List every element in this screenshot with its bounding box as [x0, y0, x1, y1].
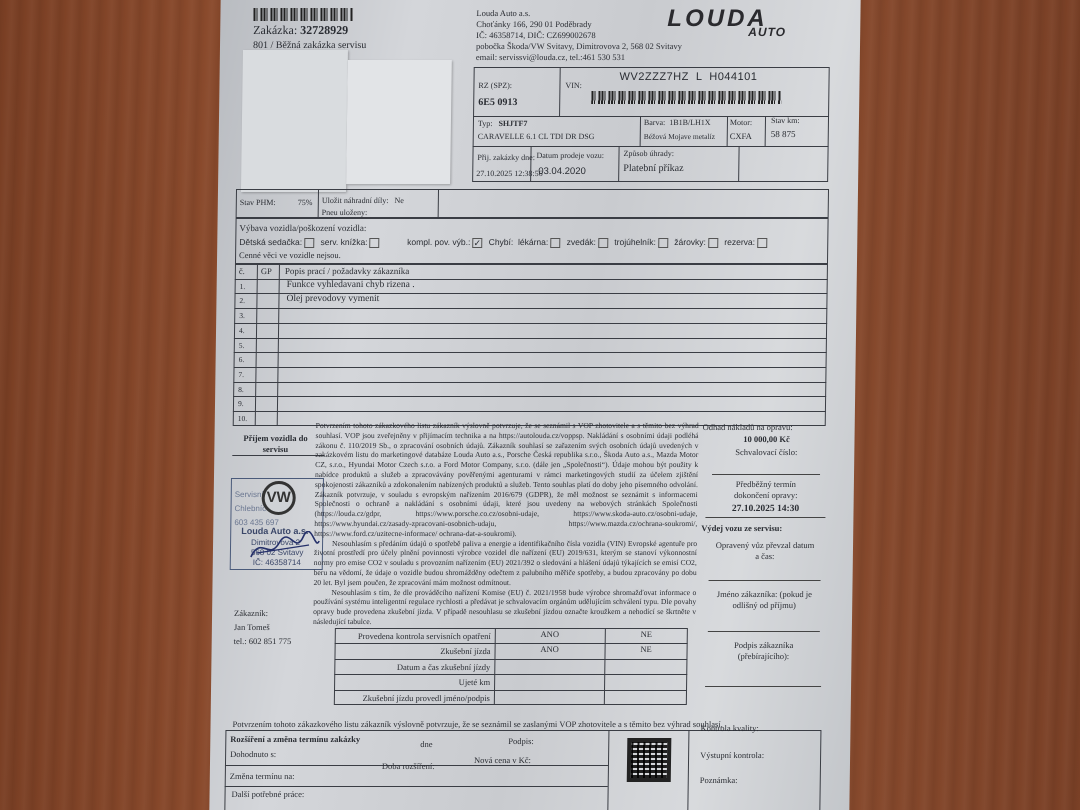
test-drive-no[interactable]: NE: [605, 644, 688, 655]
col-gp-header: GP: [261, 266, 272, 277]
test-drive-row-label: Zkušební jízda: [334, 646, 490, 657]
color-label: Barva: 1B1B/LH1X: [644, 117, 711, 128]
covering-sticker-right: [346, 60, 452, 184]
valuables-note: Cenné věci ve vozidle nejsou.: [239, 250, 341, 261]
child-seat-checkbox[interactable]: [304, 238, 314, 248]
work-row-number: 9.: [238, 398, 244, 409]
confirm-text: Potvrzením tohoto zákazkového listu záka…: [232, 719, 722, 730]
motor-value: CXFA: [730, 131, 752, 142]
order-label: Zakázka:: [253, 23, 297, 37]
estimate-label: Odhad nákladů na opravu:: [703, 422, 831, 433]
service-order-document: Zakázka: 32728929 801 / Běžná zakázka se…: [209, 0, 860, 810]
parts-label: Uložit náhradní díly: Ne: [322, 195, 404, 206]
qr-code-icon: [627, 738, 672, 782]
intake-title: Příjem vozidla do servisu: [240, 433, 310, 455]
received-label: Přij. zakázky dne:: [477, 152, 535, 163]
customer-name: Jan Tomeš: [234, 622, 270, 633]
test-drive-row-label: Provedena kontrola servisních opatření: [335, 631, 491, 642]
customer-label: Zákazník:: [234, 608, 268, 619]
order-number-line: Zakázka: 32728929: [253, 23, 348, 37]
approval-label: Schvalovací číslo:: [702, 447, 830, 458]
spare-wheel-checkbox[interactable]: [757, 238, 767, 248]
estimate-value: 10 000,00 Kč: [702, 434, 830, 445]
color-name: Béžová Mojave metalíz: [644, 131, 726, 142]
completion-value: 27.10.2025 14:30: [701, 504, 829, 515]
vin-label: VIN:: [565, 80, 582, 91]
color-code: 1B1B/LH1X: [669, 118, 710, 127]
work-row-description: Funkce vyhledavani chyb rizena .: [287, 280, 415, 291]
extension-time-label: Doba rozšíření:: [382, 761, 435, 772]
work-row-number: 5.: [239, 340, 245, 351]
company-address: Choťánky 166, 290 01 Poděbrady: [476, 19, 682, 30]
company-info: Louda Auto a.s. Choťánky 166, 290 01 Pod…: [476, 8, 683, 63]
legal-terms: Potvrzením tohoto zákazkového listu záka…: [313, 421, 699, 627]
other-work-label: Další potřebné práce:: [231, 789, 304, 800]
work-row-number: 10.: [238, 413, 248, 424]
note-label: Poznámka:: [700, 775, 738, 786]
fuel-label: Stav PHM:: [240, 197, 276, 208]
work-row-number: 3.: [239, 310, 245, 321]
payment-label: Způsob úhrady:: [623, 148, 674, 159]
legal-speed-paragraph: Nesouhlasím s tím, že dle prováděcího na…: [313, 588, 697, 627]
col-number-header: č.: [239, 266, 245, 277]
signature-scribble: [249, 531, 321, 561]
km-label: Stav km:: [771, 115, 800, 126]
received-by-label: Opravený vůz převzal datum a čas:: [701, 534, 829, 562]
work-row-number: 7.: [238, 369, 244, 380]
legal-co2-paragraph: Nesouhlasím s předáním údajů o spotřebě …: [313, 539, 697, 588]
rz-label: RZ (SPZ):: [478, 80, 512, 91]
work-row-number: 8.: [238, 384, 244, 395]
test-drive-no[interactable]: NE: [605, 629, 688, 640]
date-change-label: Změna termínu na:: [230, 771, 295, 782]
work-row-number: 6.: [239, 354, 245, 365]
motor-label: Motor:: [730, 117, 752, 128]
test-drive-row-label: Ujeté km: [334, 677, 490, 688]
vin-barcode: [591, 91, 781, 104]
test-drive-yes[interactable]: ANO: [495, 629, 605, 640]
service-stamp: Servisní technik Chlebníček 603 435 697 …: [230, 478, 324, 570]
sale-date-value: 03.04.2020: [538, 166, 586, 177]
type-label: Typ: SHJTF7: [478, 118, 528, 129]
fuel-value: 75%: [298, 197, 313, 208]
signature-label: Podpis zákazníka (přebírajícího):: [699, 640, 827, 662]
company-contact: email: servissvi@louda.cz, tel.:461 530 …: [476, 52, 682, 63]
sale-date-label: Datum prodeje vozu:: [536, 150, 604, 161]
company-name: Louda Auto a.s.: [476, 8, 682, 19]
quality-check-label: Kontrola kvality:: [700, 723, 758, 734]
service-book-checkbox[interactable]: [369, 238, 379, 248]
km-value: 58 875: [771, 129, 796, 140]
triangle-checkbox[interactable]: [658, 238, 668, 248]
vw-logo-icon: VW: [261, 481, 295, 515]
test-drive-yes[interactable]: ANO: [495, 644, 605, 655]
legal-gdpr-paragraph: Potvrzením tohoto zákazkového listu záka…: [314, 421, 699, 539]
completion-label: Předběžný termín dokončení opravy:: [702, 479, 830, 501]
test-drive-row-label: Zkušební jízdu provedl jméno/podpis: [334, 693, 490, 704]
test-drive-row-label: Datum a čas zkušební jízdy: [334, 662, 490, 673]
release-title: Výdej vozu ze servisu:: [701, 523, 829, 534]
customer-phone: tel.: 602 851 775: [234, 636, 292, 647]
customer-name-label: Jméno zákazníka: (pokud je odlišný od př…: [700, 589, 828, 611]
bulbs-checkbox[interactable]: [708, 238, 718, 248]
vin-value: WV2ZZZ7HZ L H044101: [619, 72, 757, 83]
covering-sticker-left: [241, 50, 348, 192]
tires-stored-label: Pneu uloženy:: [322, 207, 368, 218]
company-ids: IČ: 46358714, DIČ: CZ699002678: [476, 30, 682, 41]
order-number: 32728929: [300, 23, 348, 37]
extension-signature-label: Podpis:: [508, 736, 534, 747]
received-value: 27.10.2025 12:38:56: [476, 168, 543, 179]
jack-checkbox[interactable]: [598, 238, 608, 248]
louda-logo-sub: AUTO: [748, 25, 786, 39]
extension-title: Rozšíření a změna termínu zakázky: [230, 734, 360, 745]
col-desc-header: Popis prací / požadavky zákazníka: [285, 266, 410, 277]
agreed-with-label: Dohodnuto s:: [230, 749, 276, 760]
complete-equipment-checkbox[interactable]: ✓: [472, 238, 482, 248]
parts-value: Ne: [394, 196, 403, 205]
order-barcode: [253, 8, 353, 21]
company-branch: pobočka Škoda/VW Svitavy, Dimitrovova 2,…: [476, 41, 682, 52]
payment-value: Platební příkaz: [623, 163, 683, 174]
new-price-label: Nová cena v Kč:: [474, 755, 531, 766]
date-label: dne: [420, 739, 432, 750]
type-name: CARAVELLE 6.1 CL TDI DR DSG: [478, 131, 595, 142]
right-panel: Odhad nákladů na opravu: 10 000,00 Kč Sc…: [699, 422, 831, 687]
first-aid-checkbox[interactable]: [550, 238, 560, 248]
work-row-description: Olej prevodovy vymenit: [286, 294, 379, 305]
work-row-number: 1.: [240, 281, 246, 292]
work-row-number: 2.: [239, 295, 245, 306]
exit-check-label: Výstupní kontrola:: [700, 750, 764, 761]
equipment-checklist: Dětská sedačka: serv. knížka: kompl. pov…: [239, 236, 771, 248]
type-code: SHJTF7: [498, 119, 527, 128]
equipment-title: Výbava vozidla/poškození vozidla:: [239, 223, 366, 234]
rz-value: 6E5 0913: [478, 97, 517, 108]
work-row-number: 4.: [239, 325, 245, 336]
